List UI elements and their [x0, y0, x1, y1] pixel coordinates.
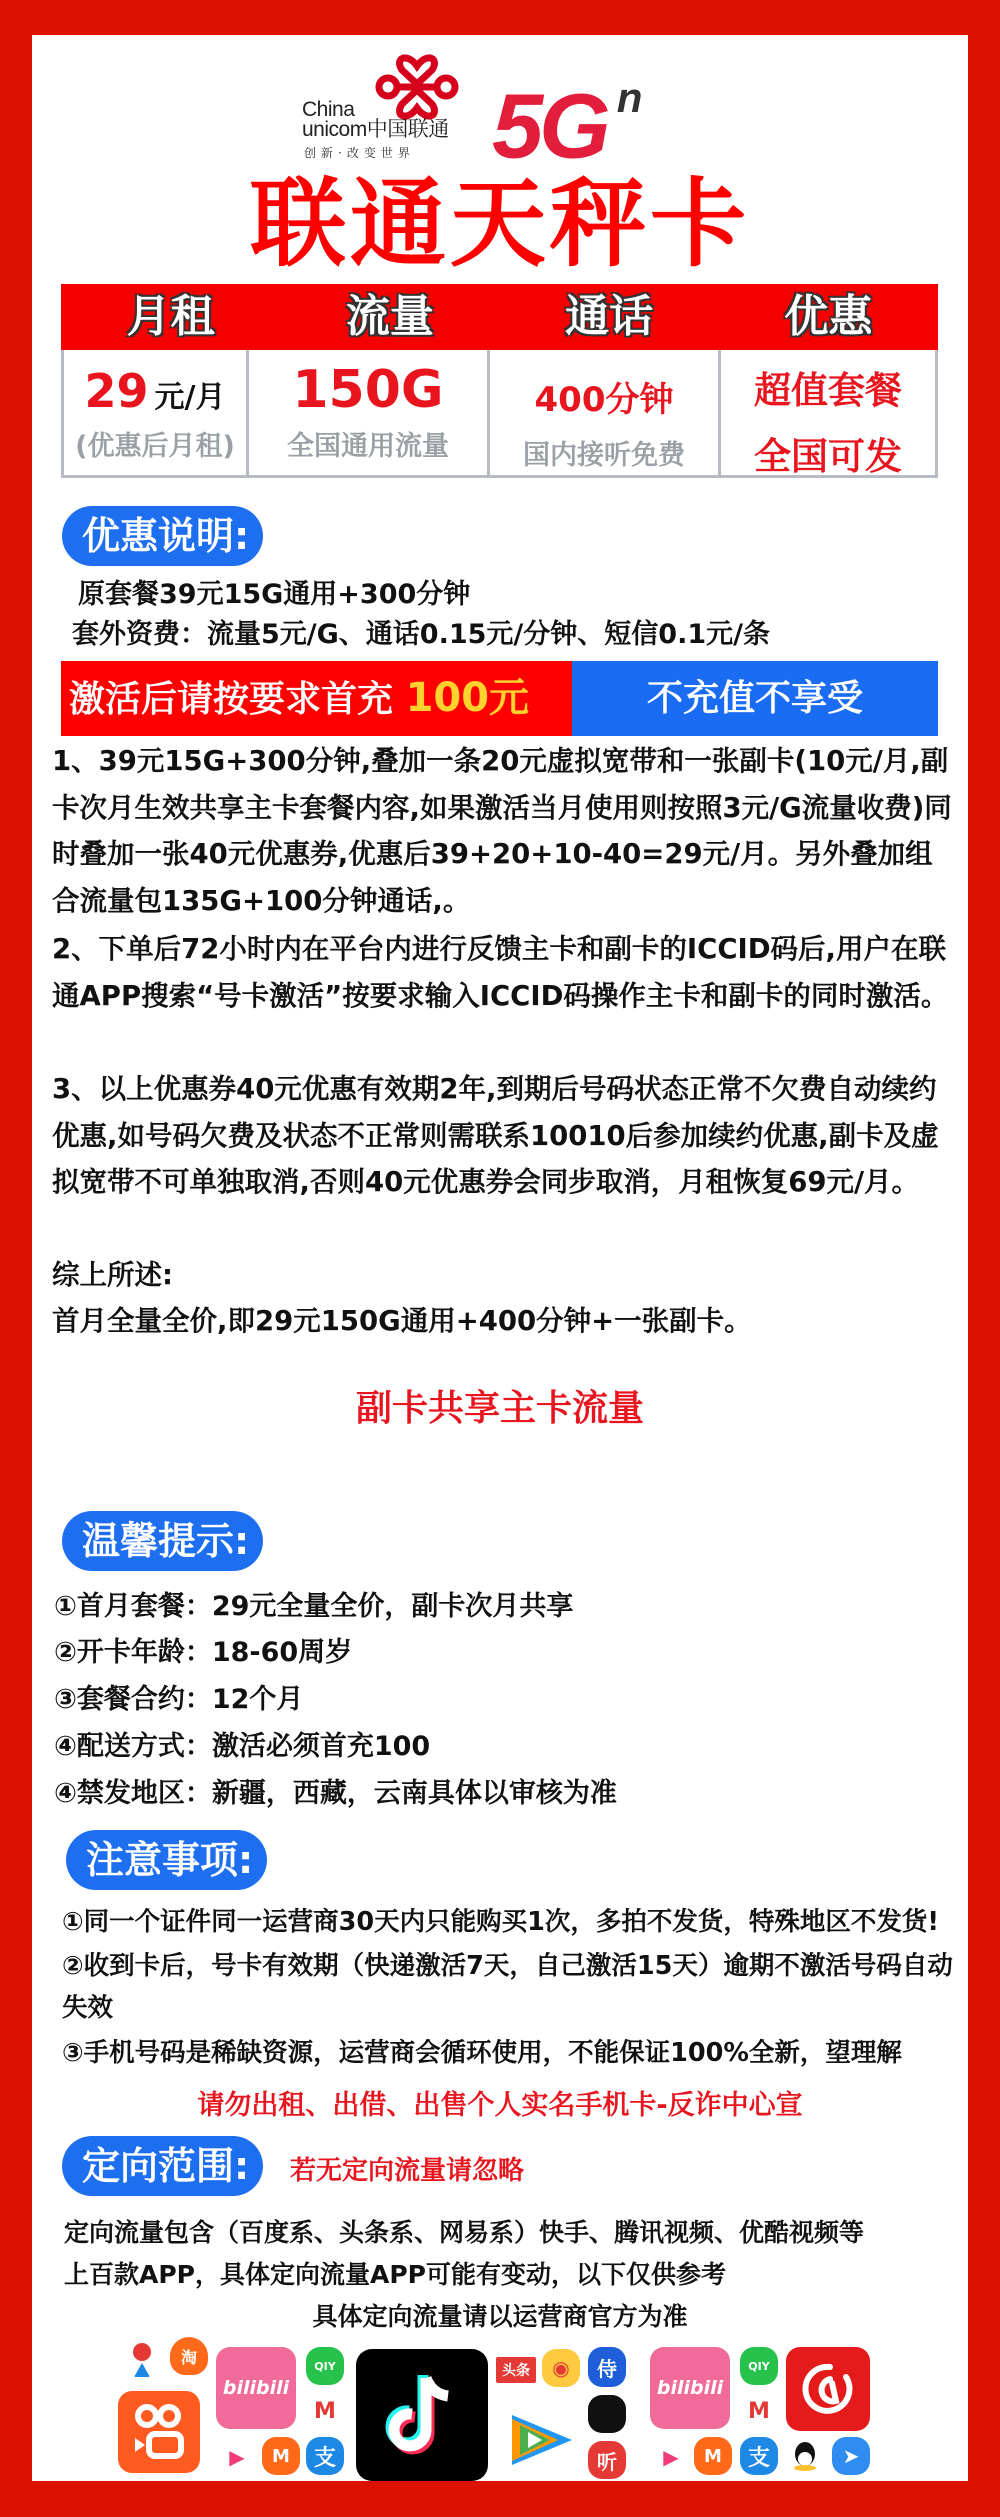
header-calls: 通话 [500, 284, 719, 350]
tencent-video-icon [506, 2409, 576, 2471]
cell-monthly-fee: 29元/月 (优惠后月租) [64, 350, 249, 475]
bilibili-icon: bilibili [216, 2347, 296, 2429]
toutiao-icon: 头条 [496, 2357, 536, 2383]
directed-line-1: 定向流量包含（百度系、头条系、网易系）快手、腾讯视频、优酷视频等 [64, 2213, 864, 2249]
header-monthly-fee: 月租 [61, 284, 280, 350]
dingtalk-icon: ➤ [832, 2437, 870, 2475]
data-note: 全国通用流量 [249, 424, 487, 463]
recharge-requirement: 激活后请按要求首充 100元 [61, 661, 572, 736]
note-item-3: ③手机号码是稀缺资源，运营商会循环使用，不能保证100%全新，望理解 [62, 2033, 902, 2069]
detail-item-1: 1、39元15G+300分钟,叠加一条20元虚拟宽带和一张副卡(10元/月,副卡… [52, 738, 957, 924]
promo-line2: 全国可发 [721, 426, 935, 480]
tips-section-label: 温馨提示: [62, 1511, 263, 1571]
taobao-icon: 淘 [170, 2337, 208, 2375]
notes-section-label: 注意事项: [66, 1830, 267, 1890]
page-title: 联通天秤卡 [0, 172, 1000, 276]
cell-promo: 超值套餐 全国可发 [721, 350, 935, 475]
calls-value: 400分钟 [490, 372, 718, 421]
note-item-2: ②收到卡后，号卡有效期（快递激活7天，自己激活15天）逾期不激活号码自动失效 [62, 1945, 968, 2029]
tip-item-3: ③套餐合约：12个月 [54, 1677, 303, 1716]
detail-item-2: 2、下单后72小时内在平台内进行反馈主卡和副卡的ICCID码后,用户在联通APP… [52, 926, 957, 1019]
directed-line-3: 具体定向流量请以运营商官方为准 [0, 2297, 1000, 2333]
brand-slogan: 创新·改变世界 [304, 144, 415, 161]
directed-line-2: 上百款APP，具体定向流量APP可能有变动，以下仅供参考 [64, 2255, 726, 2291]
alipay-icon-2: 支 [740, 2437, 778, 2475]
plan-table-body: 29元/月 (优惠后月租) 150G 全国通用流量 400分钟 国内接听免费 超… [64, 350, 935, 475]
5g-text: 5G [492, 76, 607, 178]
header-data: 流量 [280, 284, 499, 350]
qiyu-icon: 侍 [588, 2347, 626, 2387]
plan-table: 月租 流量 通话 优惠 29元/月 (优惠后月租) 150G 全国通用流量 40… [61, 284, 938, 478]
promo-line1: 超值套餐 [721, 360, 935, 414]
anti-fraud-notice: 请勿出租、出借、出售个人实名手机卡-反诈中心宣 [0, 2083, 1000, 2122]
app-icons-row: 淘 bilibili QIY M ▶ M 支 头条 ◉ 侍 听 bilibili… [110, 2333, 890, 2473]
summary-label: 综上所述: [52, 1252, 957, 1299]
no-recharge-notice: 不充值不享受 [572, 661, 938, 736]
promo-section-label: 优惠说明: [62, 506, 263, 566]
qq-icon [790, 2439, 820, 2473]
detail-item-3: 3、以上优惠券40元优惠有效期2年,到期后号码状态正常不欠费自动续约优惠,如号码… [52, 1066, 957, 1206]
iqiyi-icon: QIY [306, 2347, 344, 2385]
douyin-icon [356, 2349, 488, 2481]
cell-calls: 400分钟 国内接听免费 [490, 350, 721, 475]
netease-music-icon [786, 2347, 870, 2431]
mgtv-small-icon-2: M [742, 2395, 776, 2427]
iqiyi-icon-2: QIY [740, 2347, 778, 2385]
tip-item-4: ④配送方式：激活必须首充100 [54, 1724, 430, 1763]
tip-item-2: ②开卡年龄：18-60周岁 [54, 1630, 352, 1669]
bilibili-icon-2: bilibili [650, 2347, 730, 2429]
dark-app-icon [588, 2395, 626, 2433]
5g-sup: n [617, 74, 639, 121]
directed-hint: 若无定向流量请忽略 [290, 2150, 524, 2187]
fee-value: 29 [85, 364, 149, 418]
directed-section-label: 定向范围: [62, 2136, 263, 2196]
fee-unit: 元/月 [155, 380, 226, 415]
note-item-1: ①同一个证件同一运营商30天内只能购买1次，多拍不发货，特殊地区不发货! [62, 1902, 939, 1938]
header-promo: 优惠 [719, 284, 938, 350]
alipay-icon: 支 [306, 2437, 344, 2475]
secondary-card-highlight: 副卡共享主卡流量 [0, 1380, 1000, 1431]
weibo-icon: ◉ [542, 2349, 580, 2387]
recharge-text: 激活后请按要求首充 [69, 679, 393, 720]
activation-banner: 激活后请按要求首充 100元 不充值不享受 [61, 661, 938, 736]
brand-wordmark: China unicom中国联通 [302, 100, 449, 140]
mango-tv-icon: M [262, 2437, 300, 2475]
kuaishou-icon [118, 2391, 200, 2473]
calls-note: 国内接听免费 [490, 433, 718, 472]
summary-text: 首月全量全价,即29元150G通用+400分钟+一张副卡。 [52, 1298, 957, 1345]
overage-text: 套外资费：流量5元/G、通话0.15元/分钟、短信0.1元/条 [72, 612, 770, 651]
fee-note: (优惠后月租) [64, 424, 246, 463]
map-pin-icon [130, 2341, 154, 2379]
tip-item-1: ①首月套餐：29元全量全价，副卡次月共享 [54, 1584, 573, 1623]
mango-tv-icon-2: M [694, 2437, 732, 2475]
data-value: 150G [249, 360, 487, 420]
tip-item-5: ④禁发地区：新疆，西藏，云南具体以审核为准 [54, 1771, 617, 1810]
original-plan-text: 原套餐39元15G通用+300分钟 [78, 572, 470, 611]
youku-icon-2: ▶ [654, 2441, 688, 2473]
plan-table-header: 月租 流量 通话 优惠 [61, 284, 938, 350]
cell-data: 150G 全国通用流量 [249, 350, 490, 475]
mgtv-small-icon: M [308, 2395, 342, 2427]
brand-line1: China [302, 100, 449, 120]
brand-line2: unicom中国联通 [302, 120, 449, 140]
recharge-amount: 100元 [406, 675, 530, 721]
5g-logo: 5Gn [492, 66, 638, 173]
youku-icon: ▶ [220, 2441, 254, 2473]
ting-icon: 听 [588, 2441, 626, 2479]
